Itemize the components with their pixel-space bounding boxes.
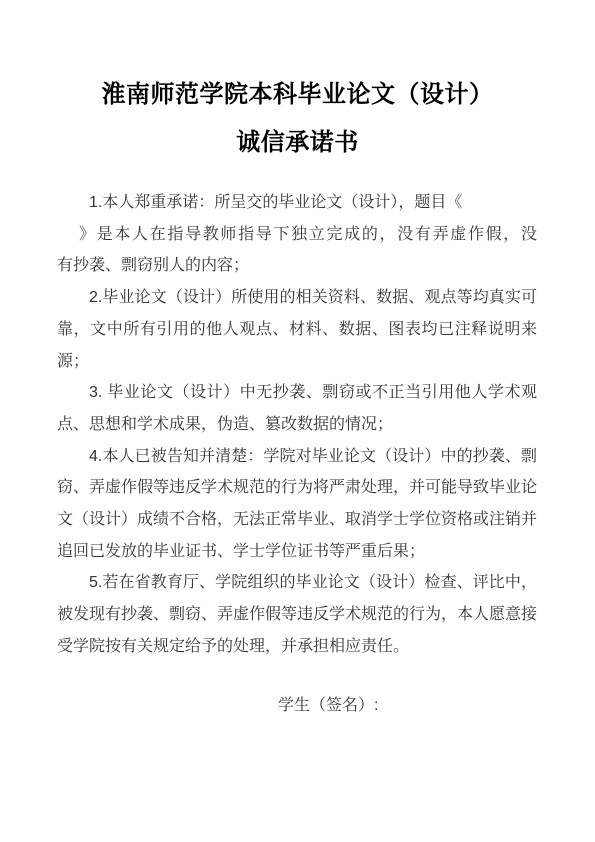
paragraph-4-line-4: 追回已发放的毕业证书、学士学位证书等严重后果； [57, 536, 537, 568]
signature-line: 学生（签名）: [278, 690, 378, 722]
paragraph-1-line-3: 有抄袭、剽窃别人的内容； [57, 250, 537, 282]
document-subtitle: 诚信承诺书 [0, 126, 595, 160]
paragraph-2-line-3: 源； [57, 346, 537, 378]
paragraph-3-line-1: 3. 毕业论文（设计）中无抄袭、剽窃或不正当引用他人学术观 [57, 377, 537, 409]
paragraph-3-line-2: 点、思想和学术成果，伪造、篡改数据的情况； [57, 409, 537, 441]
paragraph-4-line-2: 窃、弄虚作假等违反学术规范的行为将严肃处理，并可能导致毕业论 [57, 472, 537, 504]
paragraph-5-line-1: 5.若在省教育厅、学院组织的毕业论文（设计）检查、评比中， [57, 567, 537, 599]
paragraph-2-line-2: 靠，文中所有引用的他人观点、材料、数据、图表均已注释说明来 [57, 314, 537, 346]
paragraph-5-line-3: 受学院按有关规定给予的处理，并承担相应责任。 [57, 631, 537, 663]
document-body: 1.本人郑重承诺：所呈交的毕业论文（设计），题目《 》是本人在指导教师指导下独立… [57, 187, 537, 663]
document-title: 淮南师范学院本科毕业论文（设计） [0, 78, 595, 112]
paragraph-5-line-2: 被发现有抄袭、剽窃、弄虚作假等违反学术规范的行为，本人愿意接 [57, 599, 537, 631]
paragraph-2-line-1: 2.毕业论文（设计）所使用的相关资料、数据、观点等均真实可 [57, 282, 537, 314]
paragraph-4-line-1: 4.本人已被告知并清楚：学院对毕业论文（设计）中的抄袭、剽 [57, 441, 537, 473]
paragraph-4-line-3: 文（设计）成绩不合格，无法正常毕业、取消学士学位资格或注销并 [57, 504, 537, 536]
document-page: 淮南师范学院本科毕业论文（设计） 诚信承诺书 1.本人郑重承诺：所呈交的毕业论文… [0, 0, 595, 842]
paragraph-1-line-2: 》是本人在指导教师指导下独立完成的，没有弄虚作假，没 [57, 219, 537, 251]
paragraph-1-line-1: 1.本人郑重承诺：所呈交的毕业论文（设计），题目《 [57, 187, 537, 219]
